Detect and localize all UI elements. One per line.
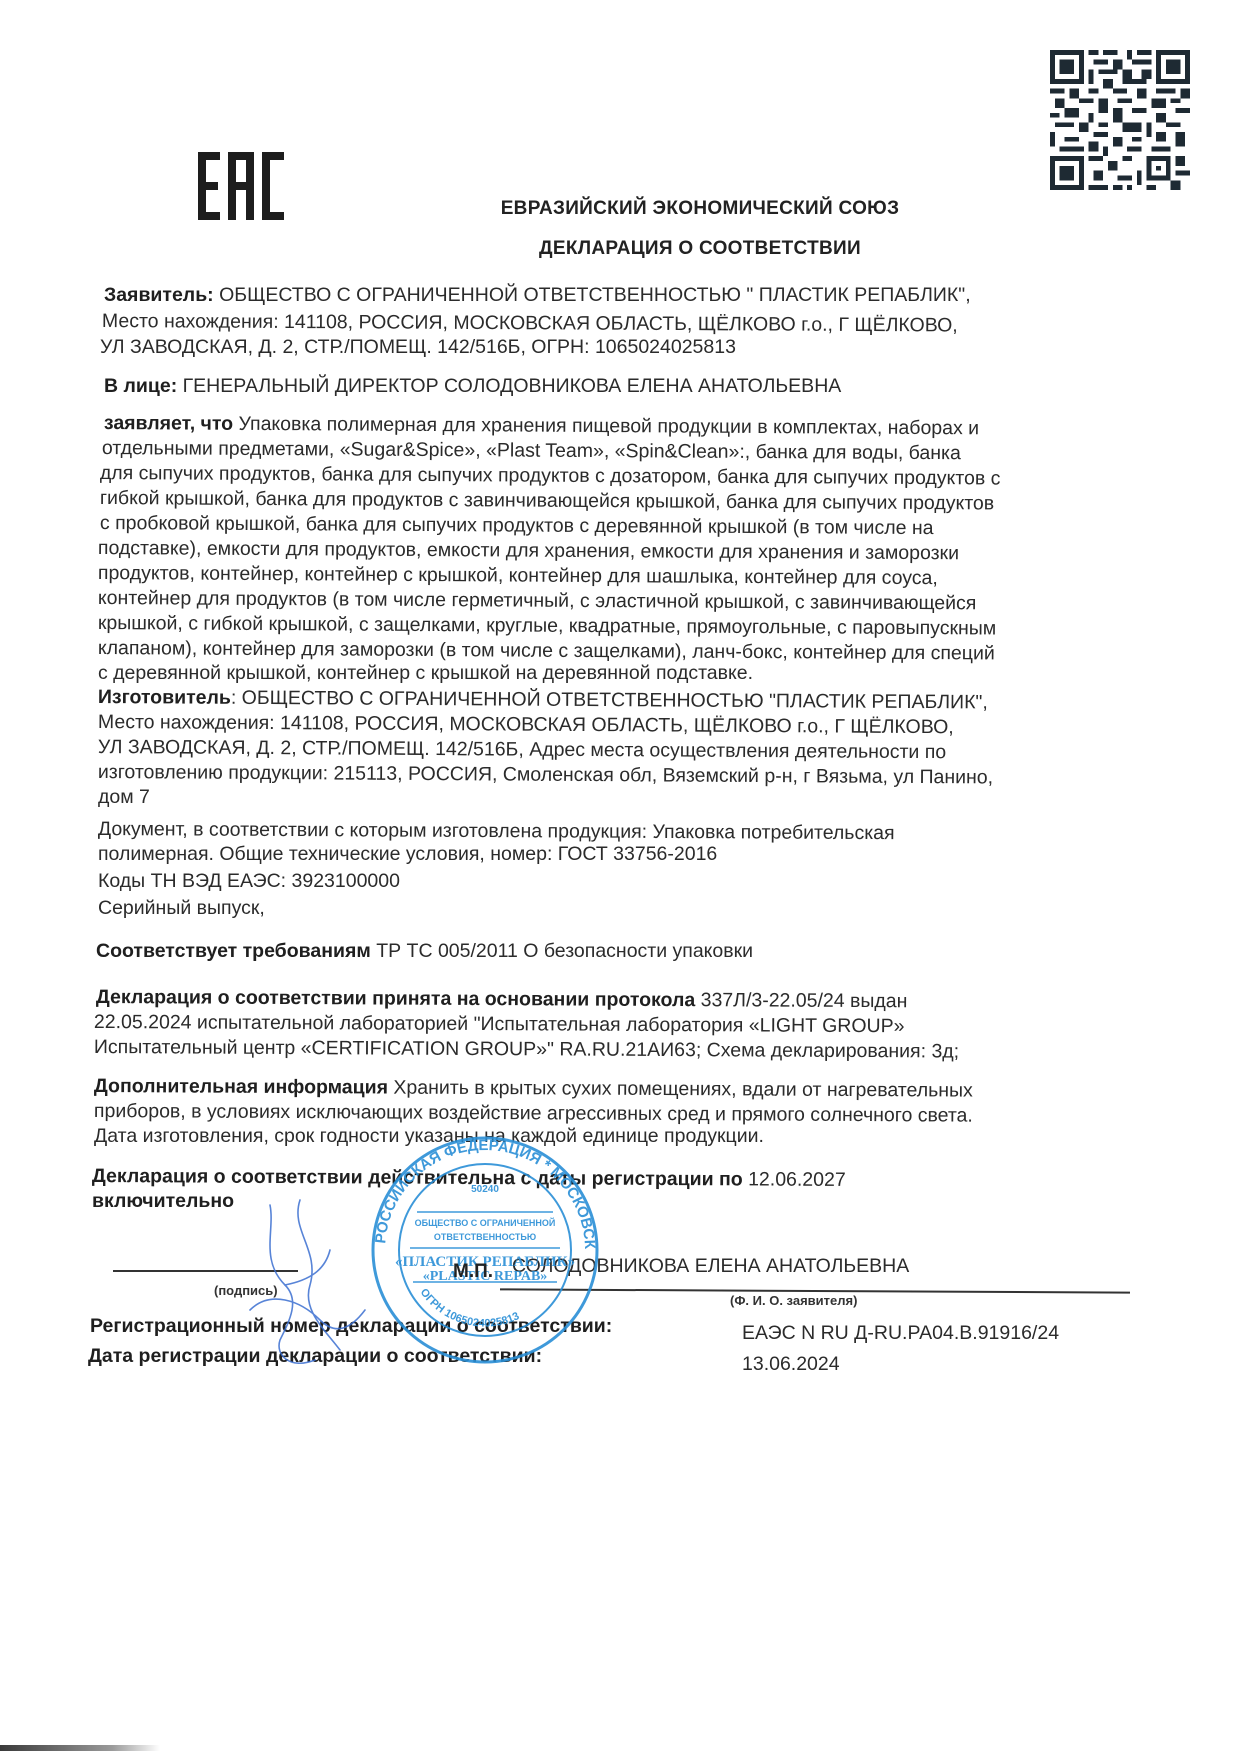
additional-info-line-1: Дополнительная информация Хранить в крыт… [94,1075,973,1103]
declares-line-6: подставке), емкости для продуктов, емкос… [98,537,959,565]
scan-edge-shadow [0,1745,160,1751]
validity-date: 12.06.2027 [743,1168,846,1191]
name-caption: (Ф. И. О. заявителя) [730,1293,857,1308]
manufacturer-line-3: УЛ ЗАВОДСКАЯ, Д. 2, СТР./ПОМЕЩ. 142/516Б… [98,736,946,764]
basis-line-3: Испытательный центр «CERTIFICATION GROUP… [94,1036,959,1064]
svg-text:ОБЩЕСТВО С ОГРАНИЧЕННОЙ: ОБЩЕСТВО С ОГРАНИЧЕННОЙ [415,1217,556,1228]
svg-text:50240: 50240 [471,1184,499,1195]
company-stamp-icon: РОССИЙСКАЯ ФЕДЕРАЦИЯ * МОСКОВСКАЯ ОБЛАСТ… [355,1130,615,1370]
registration-number-value: ЕАЭС N RU Д-RU.РА04.В.91916/24 [742,1322,1059,1345]
manufacturer-line-1: Изготовитель: ОБЩЕСТВО С ОГРАНИЧЕННОЙ ОТ… [98,686,988,714]
declares-line-11: с деревянной крышкой, контейнер с крышко… [98,662,753,685]
additional-info-line-2: приборов, в условиях исключающих воздейс… [94,1100,973,1128]
registration-date-value: 13.06.2024 [742,1353,840,1376]
stamp-mark: М.П. [453,1261,493,1282]
declares-line-9: крышкой, с гибкой крышкой, с защелками, … [98,612,996,640]
basis-line-1: Декларация о соответствии принята на осн… [96,986,908,1013]
applicant-line-2: Место нахождения: 141108, РОССИЯ, МОСКОВ… [102,310,958,337]
svg-text:ОГРН 1065024025813: ОГРН 1065024025813 [418,1287,522,1330]
declaration-body: Заявитель: ОБЩЕСТВО С ОГРАНИЧЕННОЙ ОТВЕТ… [0,0,1240,1755]
validity-inclusive: включительно [92,1190,234,1213]
represented-by-label: В лице: [104,375,177,397]
basis-label: Декларация о соответствии принята на осн… [96,986,695,1011]
conformity-label: Соответствует требованиям [96,940,371,962]
applicant-line-1: Заявитель: ОБЩЕСТВО С ОГРАНИЧЕННОЙ ОТВЕТ… [104,284,971,307]
declares-line-7: продуктов, контейнер, контейнер с крышко… [98,562,938,590]
standard-doc-line-2: полимерная. Общие технические условия, н… [98,843,717,866]
conformity-requirements: Соответствует требованиям ТР ТС 005/2011… [96,940,753,963]
manufacturer-line-2: Место нахождения: 141108, РОССИЯ, МОСКОВ… [98,711,954,739]
declares-line-8: контейнер для продуктов (в том числе гер… [98,587,977,615]
basis-line-2: 22.05.2024 испытательной лабораторией "И… [94,1011,905,1038]
represented-by: В лице: ГЕНЕРАЛЬНЫЙ ДИРЕКТОР СОЛОДОВНИКО… [104,375,841,398]
additional-info-label: Дополнительная информация [94,1075,388,1099]
declares-line-4: гибкой крышкой, банка для продуктов с за… [100,487,994,515]
manufacturer-label: Изготовитель [98,686,231,709]
svg-text:ОТВЕТСТВЕННОСТЬЮ: ОТВЕТСТВЕННОСТЬЮ [434,1232,536,1242]
declares-label: заявляет, что [104,412,233,435]
standard-doc-line-1: Документ, в соответствии с которым изгот… [98,818,895,845]
declares-line-5: с пробковой крышкой, банка для сыпучих п… [100,512,934,540]
manufacturer-line-5: дом 7 [98,786,150,809]
hs-codes: Коды ТН ВЭД ЕАЭС: 3923100000 [98,870,400,893]
applicant-line-3: УЛ ЗАВОДСКАЯ, Д. 2, СТР./ПОМЕЩ. 142/516Б… [100,336,736,359]
declares-line-2: отдельными предметами, «Sugar&Spice», «P… [102,437,961,465]
serial-production: Серийный выпуск, [98,897,265,920]
declares-line-3: для сыпучих продуктов, банка для сыпучих… [100,462,1001,491]
applicant-label: Заявитель: [104,284,214,306]
declares-line-1: заявляет, что Упаковка полимерная для хр… [104,412,979,440]
manufacturer-line-4: изготовлению продукции: 215113, РОССИЯ, … [98,761,993,789]
